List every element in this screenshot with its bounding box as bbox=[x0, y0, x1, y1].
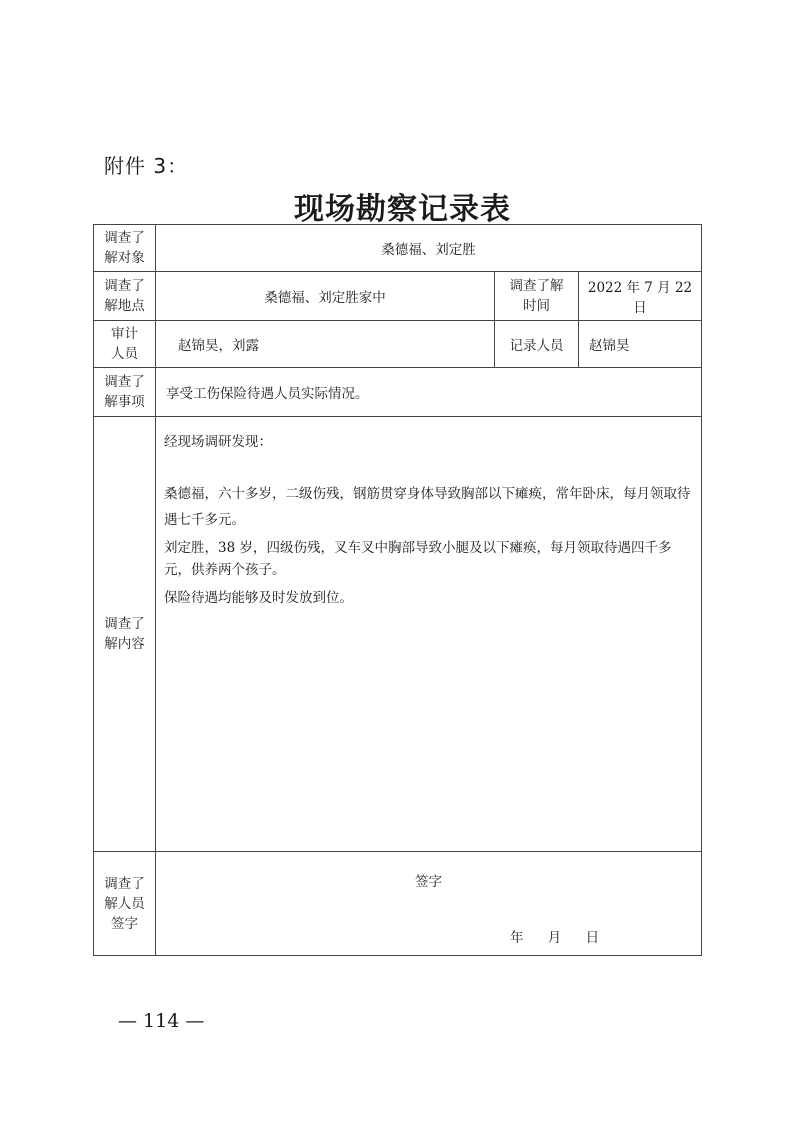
label-line: 调查了 bbox=[94, 228, 155, 248]
label-line: 调查了 bbox=[94, 874, 155, 894]
subject-value: 桑德福、刘定胜 bbox=[156, 225, 702, 272]
content-paragraph: 保险待遇均能够及时发放到位。 bbox=[164, 587, 693, 609]
recorder-label: 记录人员 bbox=[495, 321, 579, 368]
row-content: 调查了 解内容 经现场调研发现： 桑德福，六十多岁，二级伤残，钢筋贯穿身体导致胸… bbox=[94, 417, 702, 852]
row-auditors: 审计 人员 赵锦昊，刘露 记录人员 赵锦昊 bbox=[94, 321, 702, 368]
label-line: 解人员 bbox=[94, 894, 155, 914]
matter-value: 享受工伤保险待遇人员实际情况。 bbox=[156, 368, 702, 417]
label-line: 时间 bbox=[495, 296, 578, 316]
date-placeholder: 年 月 日 bbox=[510, 926, 599, 946]
label-line: 调查了 bbox=[94, 372, 155, 392]
page-number: — 114 — bbox=[118, 1010, 204, 1032]
content-label: 调查了 解内容 bbox=[94, 417, 156, 852]
label-line: 调查了解 bbox=[495, 276, 578, 296]
sign-label: 签字 bbox=[156, 870, 701, 890]
matter-label: 调查了 解事项 bbox=[94, 368, 156, 417]
row-subject: 调查了 解对象 桑德福、刘定胜 bbox=[94, 225, 702, 272]
content-paragraph: 桑德福，六十多岁，二级伤残，钢筋贯穿身体导致胸部以下瘫痪，常年卧床，每月领取待遇… bbox=[164, 481, 693, 533]
label-line: 审计 bbox=[94, 324, 155, 344]
label-line: 签字 bbox=[94, 914, 155, 934]
location-value: 桑德福、刘定胜家中 bbox=[156, 272, 495, 321]
row-location-time: 调查了 解地点 桑德福、刘定胜家中 调查了解 时间 2022 年 7 月 22 … bbox=[94, 272, 702, 321]
label-line: 解内容 bbox=[94, 634, 155, 654]
label-line: 解对象 bbox=[94, 248, 155, 268]
recorder-value: 赵锦昊 bbox=[579, 321, 702, 368]
label-line: 调查了 bbox=[94, 614, 155, 634]
subject-label: 调查了 解对象 bbox=[94, 225, 156, 272]
signature-label: 调查了 解人员 签字 bbox=[94, 852, 156, 956]
auditors-value: 赵锦昊，刘露 bbox=[156, 321, 495, 368]
content-paragraph: 经现场调研发现： bbox=[164, 431, 693, 453]
row-signature: 调查了 解人员 签字 签字 年 月 日 bbox=[94, 852, 702, 956]
label-line: 解地点 bbox=[94, 296, 155, 316]
content-value: 经现场调研发现： 桑德福，六十多岁，二级伤残，钢筋贯穿身体导致胸部以下瘫痪，常年… bbox=[156, 417, 702, 852]
time-label: 调查了解 时间 bbox=[495, 272, 579, 321]
page-title: 现场勘察记录表 bbox=[0, 184, 793, 228]
attachment-label: 附件 3： bbox=[104, 150, 188, 179]
label-line: 调查了 bbox=[94, 276, 155, 296]
label-line: 解事项 bbox=[94, 392, 155, 412]
auditors-label: 审计 人员 bbox=[94, 321, 156, 368]
time-value: 2022 年 7 月 22 日 bbox=[579, 272, 702, 321]
location-label: 调查了 解地点 bbox=[94, 272, 156, 321]
survey-record-table: 调查了 解对象 桑德福、刘定胜 调查了 解地点 桑德福、刘定胜家中 调查了解 时… bbox=[93, 224, 702, 956]
signature-area: 签字 年 月 日 bbox=[156, 852, 702, 956]
content-paragraph: 刘定胜，38 岁，四级伤残，叉车叉中胸部导致小腿及以下瘫痪，每月领取待遇四千多元… bbox=[164, 537, 693, 581]
label-line: 人员 bbox=[94, 344, 155, 364]
row-matter: 调查了 解事项 享受工伤保险待遇人员实际情况。 bbox=[94, 368, 702, 417]
